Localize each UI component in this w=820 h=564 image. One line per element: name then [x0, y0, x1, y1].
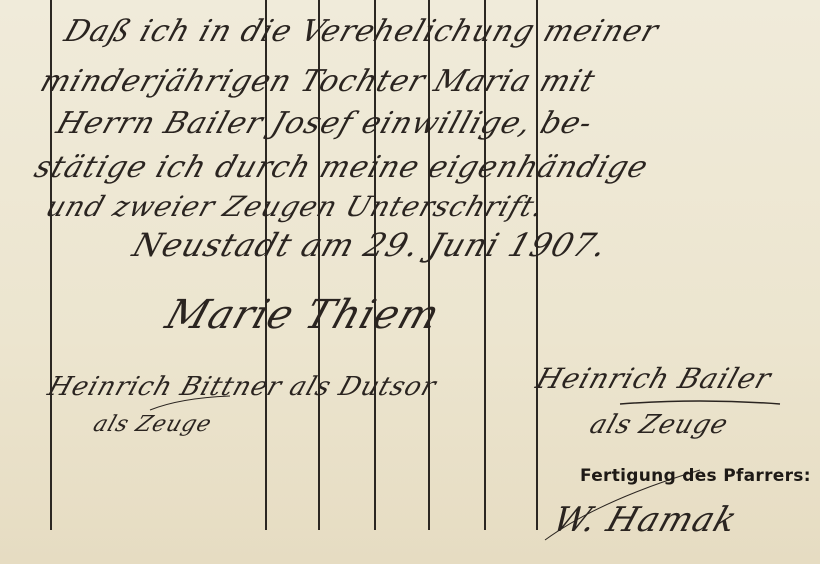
pastor-certification-label: Fertigung des Pfarrers: [580, 466, 811, 486]
pastor-signature: W. Hamak [548, 500, 743, 540]
document-page: Daß ich in die Verehelichung meiner mind… [0, 0, 820, 564]
